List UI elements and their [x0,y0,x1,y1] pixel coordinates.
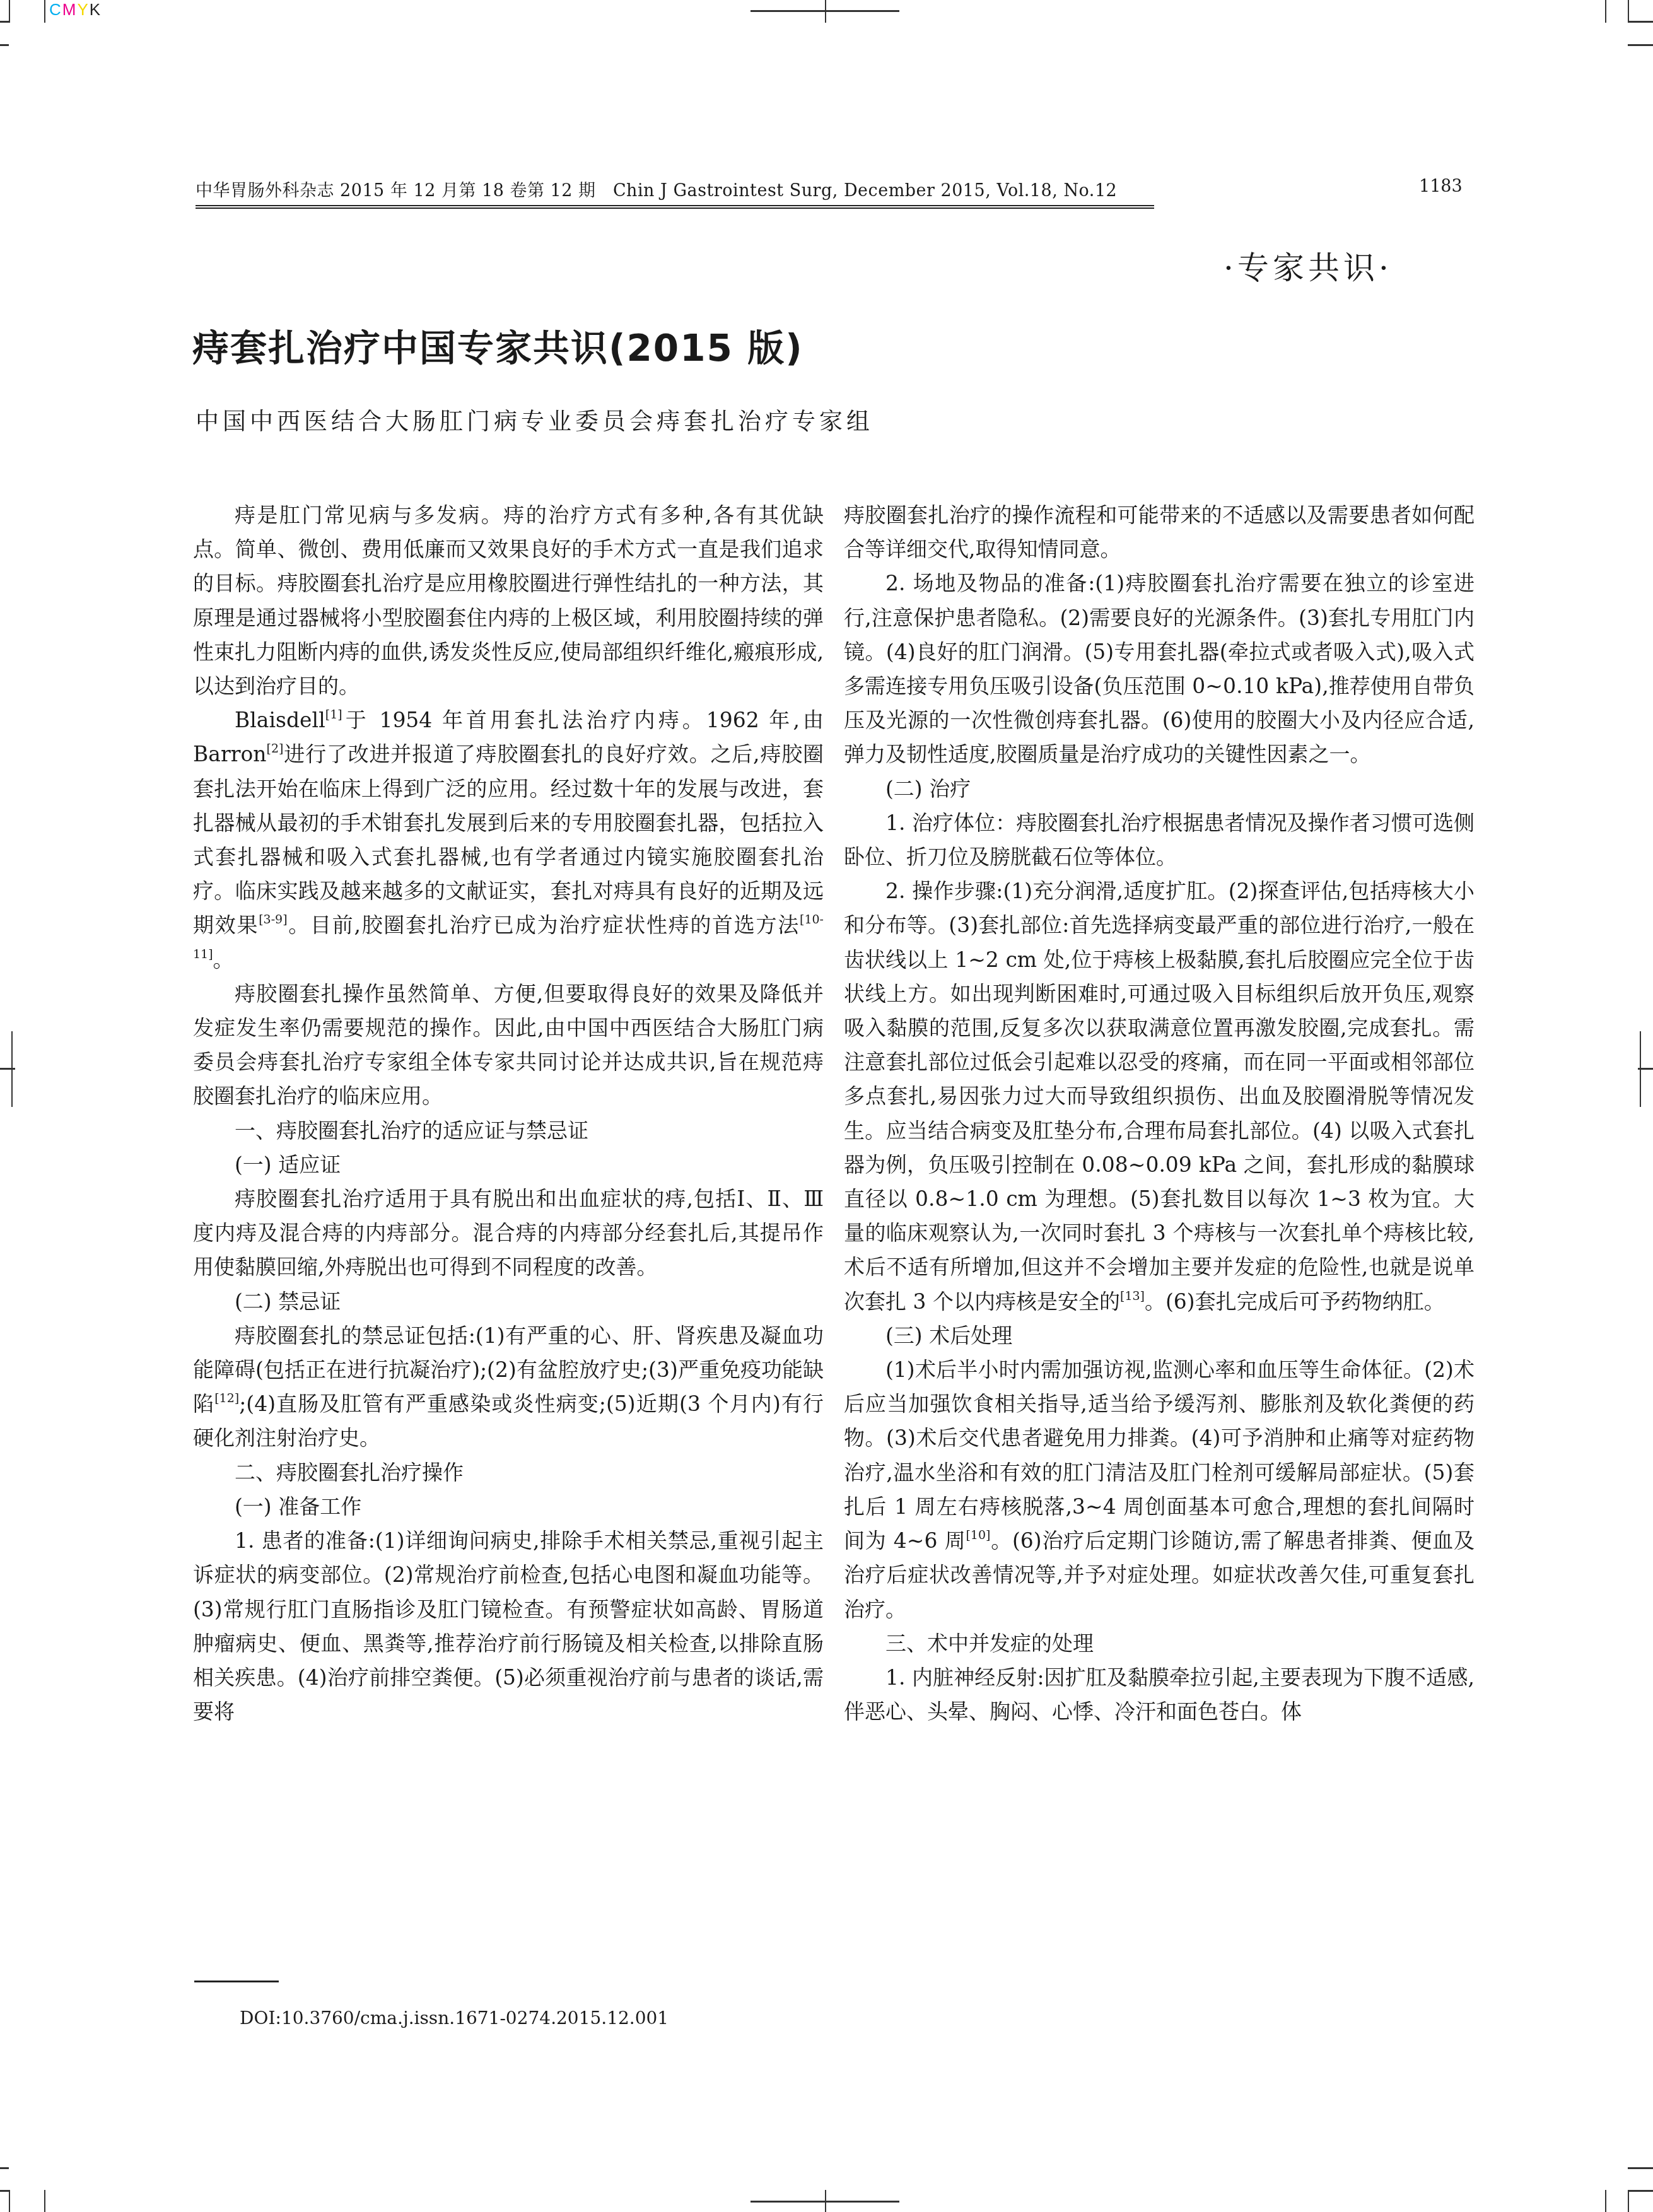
body-column-right: 痔胶圈套扎治疗的操作流程和可能带来的不适感以及需要患者如何配合等详细交代,取得知… [844,498,1475,1729]
crop-mark [1605,0,1606,23]
crop-mark [1628,2190,1629,2212]
subsection-heading-postop: (三) 术后处理 [844,1319,1475,1353]
citation[interactable]: [12] [214,1391,239,1405]
section-heading-3: 三、术中并发症的处理 [844,1627,1475,1661]
citation[interactable]: [1] [325,708,342,722]
crop-mark [0,1068,15,1070]
paragraph-position: 1. 治疗体位：痔胶圈套扎治疗根据患者情况及操作者习惯可选侧卧位、折刀位及膀胱截… [844,806,1475,874]
running-head: 中华胃肠外科杂志 2015 年 12 月第 18 卷第 12 期 Chin J … [196,177,1154,209]
cmyk-k: K [90,0,102,19]
cmyk-color-bar: CMYK [49,0,102,20]
page-number: 1183 [1419,177,1463,196]
crop-mark [1638,1068,1653,1070]
crop-mark [1628,21,1653,23]
crop-mark [0,44,9,46]
paragraph-history: Blaisdell[1]于 1954 年首用套扎法治疗内痔。1962 年,由 B… [193,703,824,977]
citation[interactable]: [13] [1120,1289,1145,1303]
paragraph-contraindications: 痔胶圈套扎的禁忌证包括:(1)有严重的心、肝、肾疾患及凝血功能障碍(包括正在进行… [193,1319,824,1456]
crop-mark [1628,44,1653,46]
paragraph-postop: (1)术后半小时内需加强访视,监测心率和血压等生命体征。(2)术后应当加强饮食相… [844,1353,1475,1627]
cmyk-c: C [49,0,62,19]
subsection-heading-indications: (一) 适应证 [193,1148,824,1182]
subsection-heading-preparation: (一) 准备工作 [193,1490,824,1524]
section-heading-2: 二、痔胶圈套扎治疗操作 [193,1456,824,1490]
article-title: 痔套扎治疗中国专家共识(2015 版) [192,319,803,372]
crop-mark [44,2190,45,2212]
cmyk-y: Y [77,0,89,19]
crop-mark [751,10,899,12]
crop-mark [0,2167,9,2169]
section-heading-1: 一、痔胶圈套扎治疗的适应证与禁忌证 [193,1114,824,1148]
crop-mark [751,2201,899,2203]
subsection-heading-treatment: (二) 治疗 [844,772,1475,806]
paragraph-intro: 痔是肛门常见病与多发病。痔的治疗方式有多种,各有其优缺点。简单、微创、费用低廉而… [193,498,824,703]
paragraph-site-preparation: 2. 场地及物品的准备:(1)痔胶圈套扎治疗需要在独立的诊室进行,注意保护患者隐… [844,566,1475,771]
citation[interactable]: [3-9] [259,913,287,927]
doi-footnote[interactable]: DOI:10.3760/cma.j.issn.1671-0274.2015.12… [240,2008,669,2028]
paragraph-purpose: 痔胶圈套扎操作虽然简单、方便,但要取得良好的效果及降低并发症发生率仍需要规范的操… [193,977,824,1114]
crop-mark [1605,2190,1606,2212]
crop-mark [9,0,10,23]
body-column-left: 痔是肛门常见病与多发病。痔的治疗方式有多种,各有其优缺点。简单、微创、费用低廉而… [193,498,824,1729]
crop-mark [1628,2167,1653,2169]
crop-mark [1628,2190,1653,2192]
crop-mark [1628,0,1629,23]
paragraph-continued: 痔胶圈套扎治疗的操作流程和可能带来的不适感以及需要患者如何配合等详细交代,取得知… [844,498,1475,566]
paragraph-indications: 痔胶圈套扎治疗适用于具有脱出和出血症状的痔,包括Ⅰ、Ⅱ、Ⅲ度内痔及混合痔的内痔部… [193,1182,824,1285]
citation[interactable]: [10] [966,1528,990,1542]
subsection-heading-contraindications: (二) 禁忌证 [193,1285,824,1319]
author-group: 中国中西医结合大肠肛门病专业委员会痔套扎治疗专家组 [196,402,873,436]
crop-mark [0,21,9,23]
crop-mark [0,2190,9,2192]
crop-mark [44,0,45,23]
cmyk-m: M [62,0,78,19]
paragraph-patient-preparation: 1. 患者的准备:(1)详细询问病史,排除手术相关禁忌,重视引起主诉症状的病变部… [193,1524,824,1729]
column-tag: ·专家共识· [1224,243,1393,288]
footnote-divider [194,1981,279,1982]
citation[interactable]: [2] [267,742,284,756]
paragraph-steps: 2. 操作步骤:(1)充分润滑,适度扩肛。(2)探查评估,包括痔核大小和分布等。… [844,874,1475,1319]
crop-mark [9,2190,10,2212]
paragraph-visceral-reflex: 1. 内脏神经反射:因扩肛及黏膜牵拉引起,主要表现为下腹不适感,伴恶心、头晕、胸… [844,1661,1475,1729]
